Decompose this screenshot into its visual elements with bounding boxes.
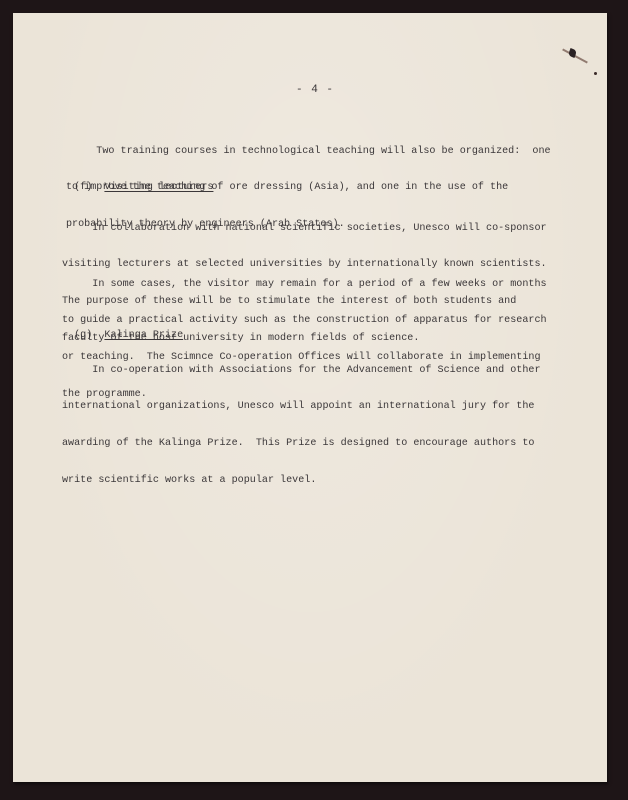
- text-line: international organizations, Unesco will…: [62, 401, 532, 413]
- section-heading-f: (f) Visiting lecturers: [62, 171, 213, 193]
- section-label: (f): [74, 182, 92, 193]
- text-line: In co-operation with Associations for th…: [62, 365, 532, 377]
- text-line: Two training courses in technological te…: [66, 146, 536, 158]
- section-title: Visiting lecturers: [104, 182, 213, 193]
- text-line: In some cases, the visitor may remain fo…: [62, 279, 532, 291]
- ink-dot-decoration: [594, 72, 597, 75]
- section-heading-g: (g) Kalinga Prize: [62, 319, 183, 341]
- paragraph-kalinga-prize: In co-operation with Associations for th…: [62, 340, 532, 500]
- text-line: awarding of the Kalinga Prize. This Priz…: [62, 438, 532, 450]
- page-number: - 4 -: [296, 84, 334, 96]
- text-line: write scientific works at a popular leve…: [62, 475, 532, 487]
- text-line: In collaboration with national scientifi…: [62, 223, 532, 235]
